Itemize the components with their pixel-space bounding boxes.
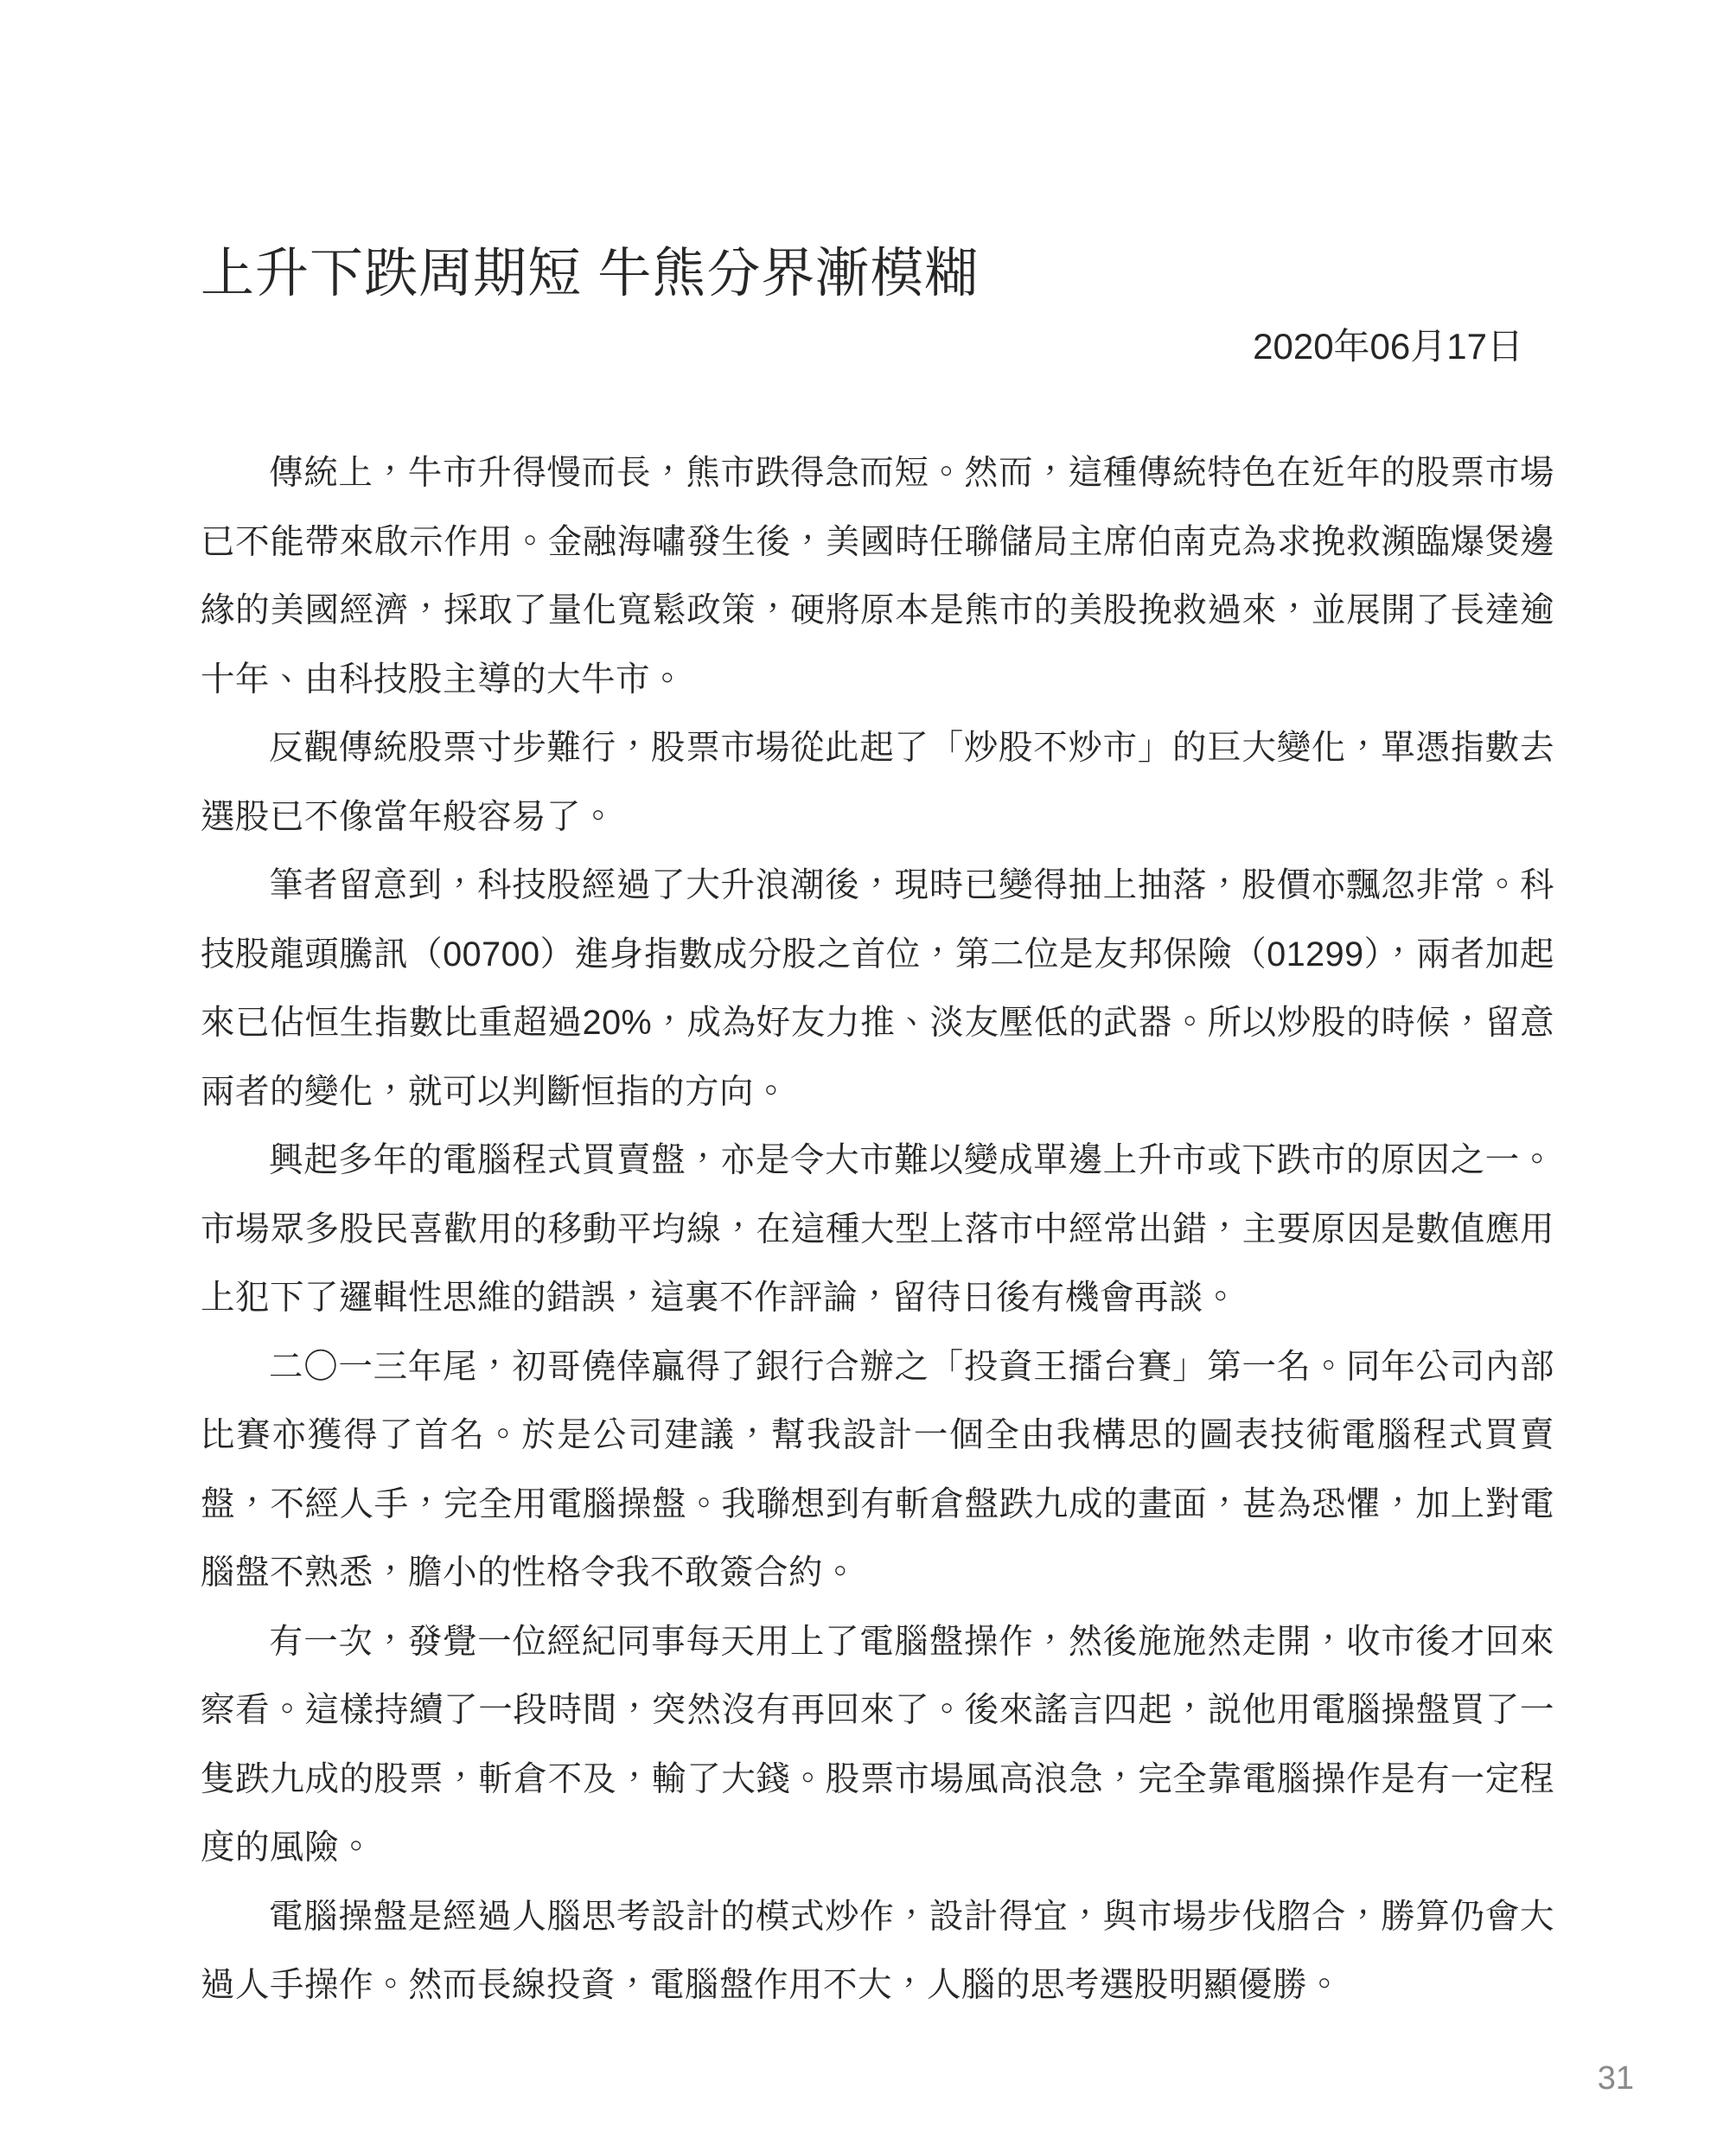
body-paragraph: 電腦操盤是經過人腦思考設計的模式炒作，設計得宜，與市場步伐脗合，勝算仍會大過人手…: [201, 1883, 1554, 2021]
article: 上升下跌周期短 牛熊分界漸模糊 2020年06月17日 傳統上，牛市升得慢而長，…: [201, 244, 1554, 2021]
body-paragraph: 傳統上，牛市升得慢而長，熊市跌得急而短。然而，這種傳統特色在近年的股票市場已不能…: [201, 439, 1554, 714]
body-paragraph: 二〇一三年尾，初哥僥倖贏得了銀行合辦之「投資王擂台賽」第一名。同年公司內部比賽亦…: [201, 1333, 1554, 1608]
article-body: 傳統上，牛市升得慢而長，熊市跌得急而短。然而，這種傳統特色在近年的股票市場已不能…: [201, 439, 1554, 2021]
article-date: 2020年06月17日: [201, 325, 1554, 368]
body-paragraph: 興起多年的電腦程式買賣盤，亦是令大市難以變成單邊上升市或下跌市的原因之一。市場眾…: [201, 1127, 1554, 1333]
document-page: 上升下跌周期短 牛熊分界漸模糊 2020年06月17日 傳統上，牛市升得慢而長，…: [0, 0, 1736, 2145]
body-paragraph: 有一次，發覺一位經紀同事每天用上了電腦盤操作，然後施施然走開，收市後才回來察看。…: [201, 1608, 1554, 1883]
page-number: 31: [1598, 2062, 1634, 2095]
body-paragraph: 反觀傳統股票寸步難行，股票市場從此起了「炒股不炒市」的巨大變化，單憑指數去選股已…: [201, 714, 1554, 852]
page-title: 上升下跌周期短 牛熊分界漸模糊: [201, 244, 1554, 304]
body-paragraph: 筆者留意到，科技股經過了大升浪潮後，現時已變得抽上抽落，股價亦飄忽非常。科技股龍…: [201, 852, 1554, 1127]
